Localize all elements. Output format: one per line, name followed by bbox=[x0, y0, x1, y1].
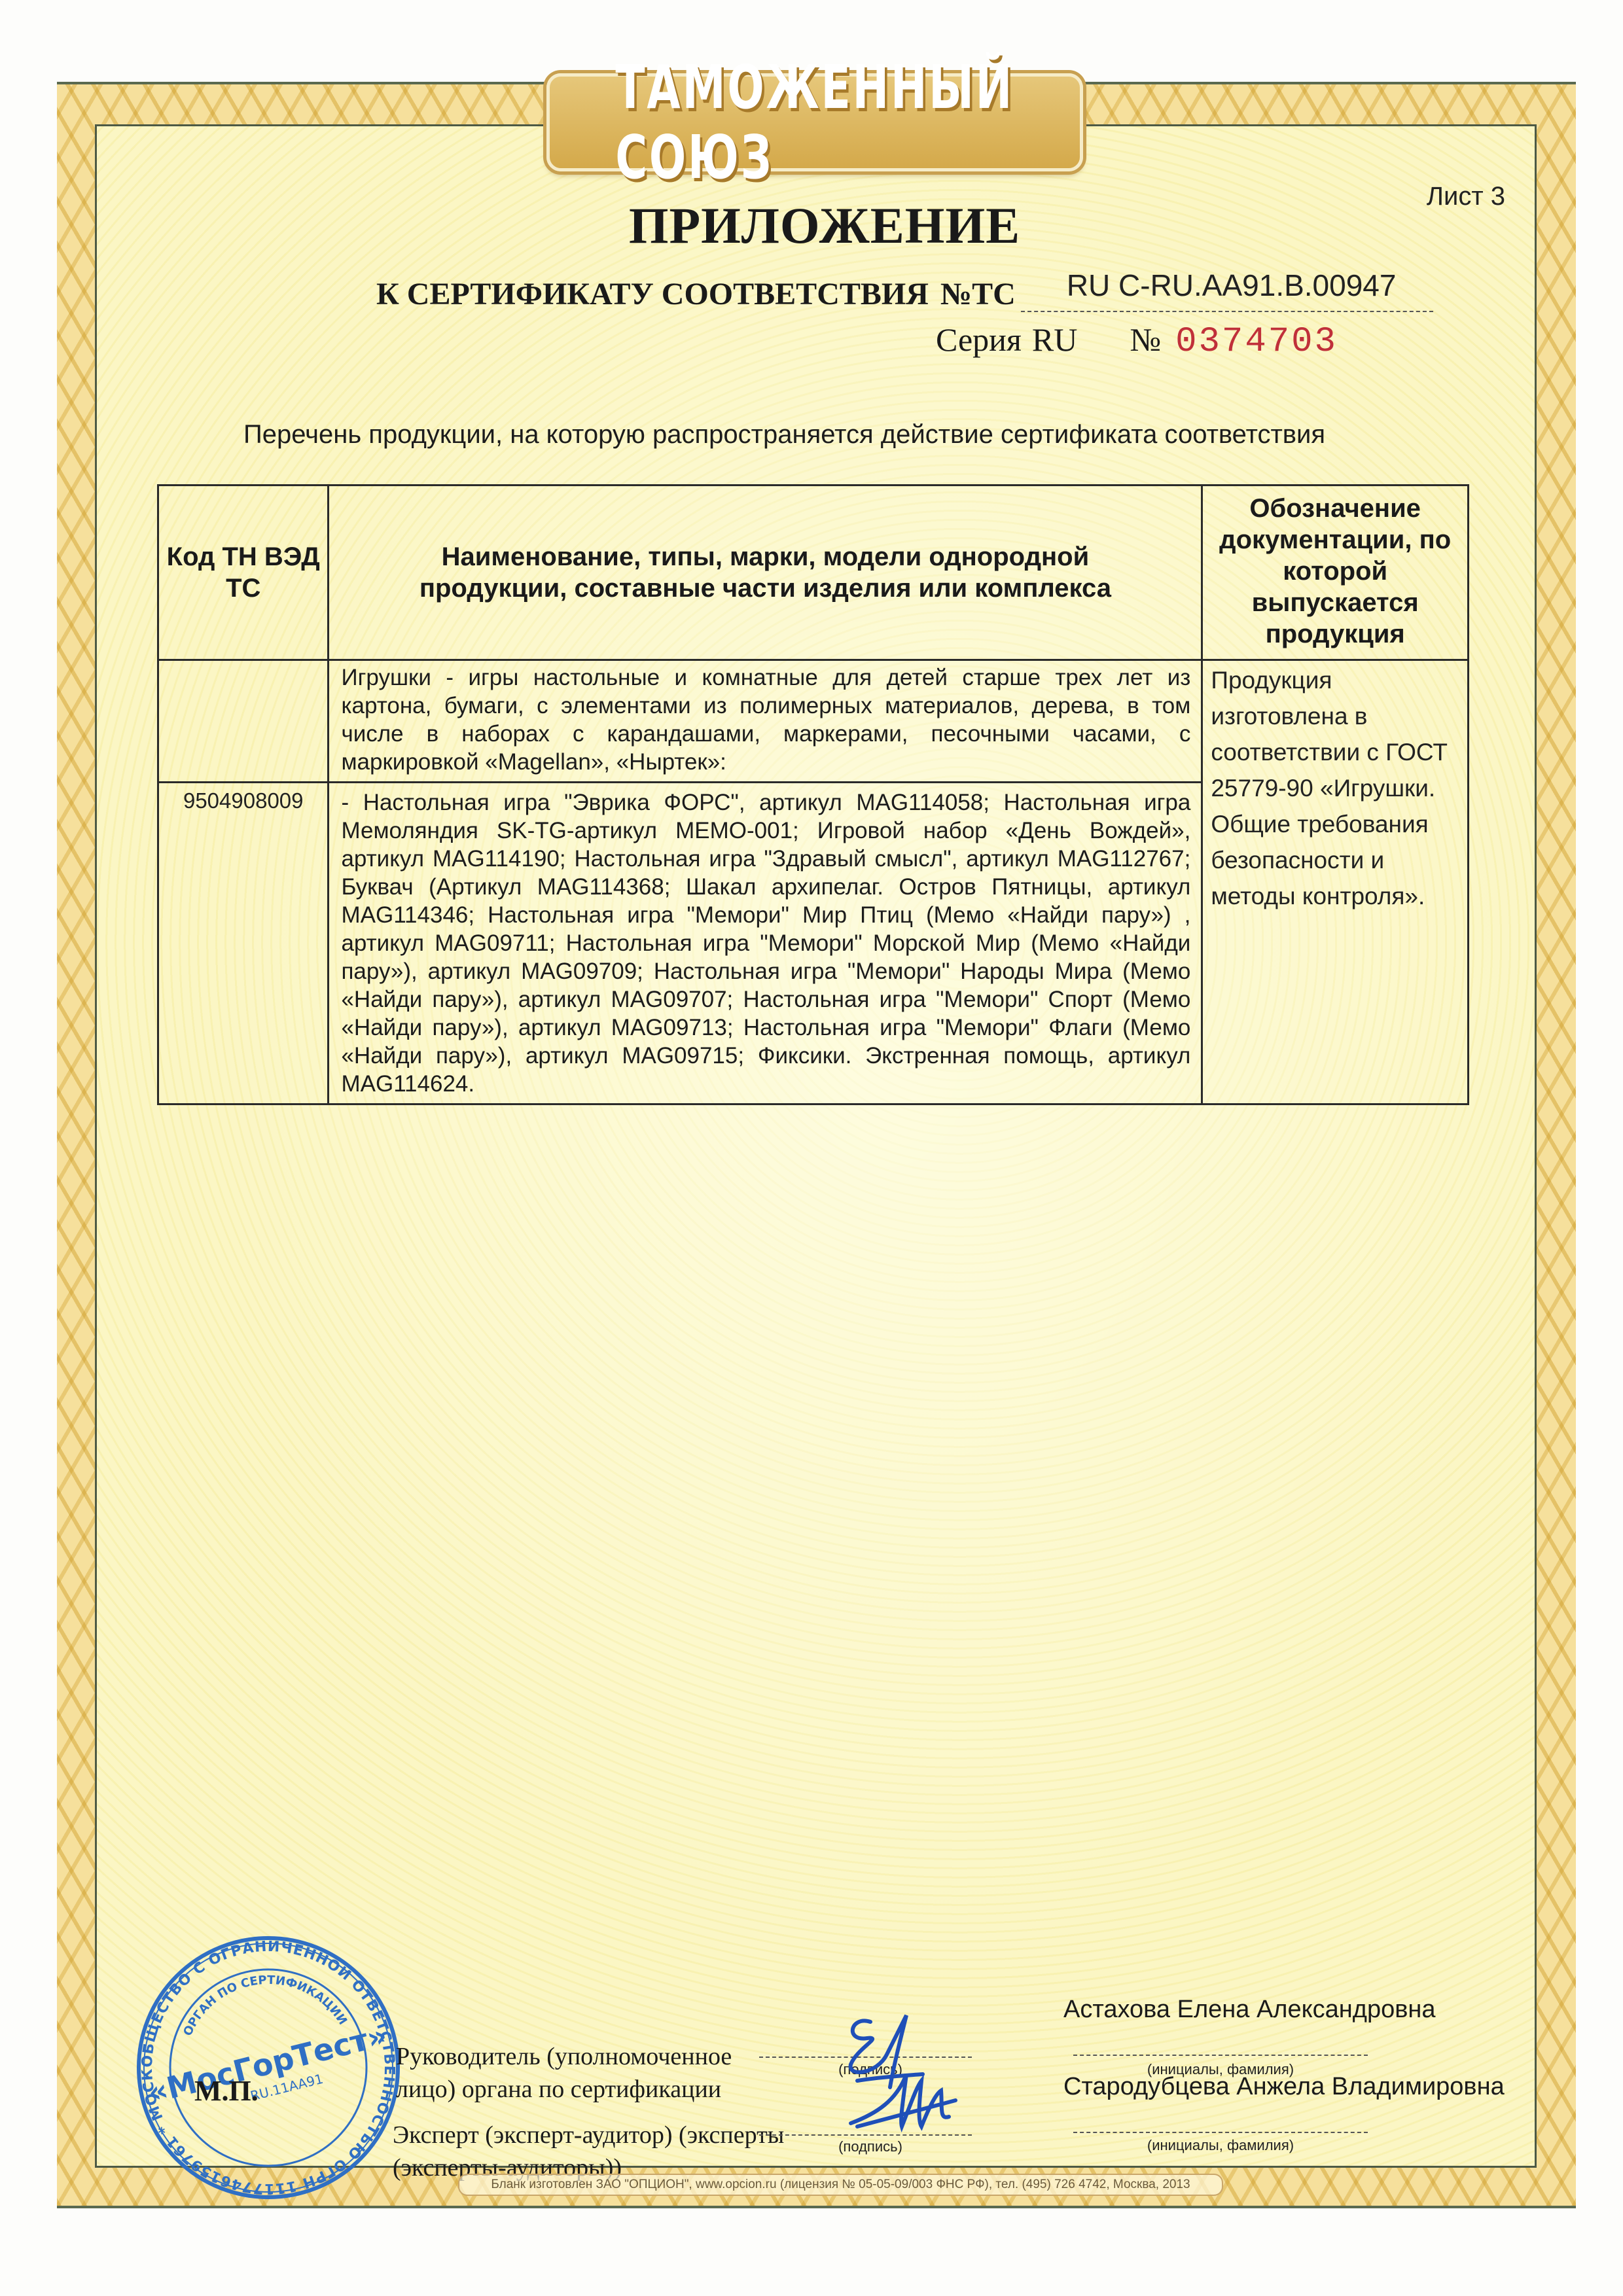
svg-text:ОРГАН ПО СЕРТИФИКАЦИИ: ОРГАН ПО СЕРТИФИКАЦИИ bbox=[181, 1973, 349, 2038]
stamp-inner-text: ОРГАН ПО СЕРТИФИКАЦИИ bbox=[181, 1973, 349, 2038]
expert-name-caption: (инициалы, фамилия) bbox=[1106, 2137, 1335, 2154]
certificate-reference: К СЕРТИФИКАТУ СООТВЕТСТВИЯ №ТС RU C-RU.A… bbox=[376, 276, 1433, 312]
banner-text: ТАМОЖЕННЫЙ СОЮЗ bbox=[616, 52, 1014, 192]
product-list-heading: Перечень продукции, на которую распростр… bbox=[243, 420, 1325, 450]
head-role-label: Руководитель (уполномоченное лицо) орган… bbox=[396, 2040, 762, 2106]
row-product-name: - Настольная игра "Эврика ФОРС", артикул… bbox=[329, 783, 1202, 1104]
stamp-place-label: М.П. bbox=[194, 2074, 259, 2108]
table-row: Игрушки - игры настольные и комнатные дл… bbox=[158, 660, 1469, 783]
row-documentation: Продукция изготовлена в соответствии с Г… bbox=[1202, 660, 1469, 1104]
series-line: Серия RU № 0374703 bbox=[936, 321, 1338, 362]
head-name-line bbox=[1073, 2055, 1368, 2056]
expert-name: Стародубцева Анжела Владимировна bbox=[1063, 2073, 1505, 2101]
column-header-documentation: Обозначение документации, по которой вып… bbox=[1202, 486, 1469, 660]
expert-signature bbox=[844, 2061, 969, 2140]
certificate-number-field: RU C-RU.AA91.B.00947 bbox=[1021, 285, 1433, 312]
row-code bbox=[158, 660, 329, 783]
blank-number-label: № bbox=[1130, 321, 1161, 359]
document-title: ПРИЛОЖЕНИЕ bbox=[0, 196, 1623, 255]
column-header-code: Код ТН ВЭД ТС bbox=[158, 486, 329, 660]
column-header-name: Наименование, типы, марки, модели одноро… bbox=[329, 486, 1202, 660]
series-value: RU bbox=[1032, 321, 1077, 359]
form-printer-footer: Бланк изготовлен ЗАО "ОПЦИОН", www.opcio… bbox=[458, 2174, 1223, 2196]
certification-body-stamp: ОБЩЕСТВО С ОГРАНИЧЕННОЙ ОТВЕТСТВЕННОСТЬЮ… bbox=[134, 1934, 402, 2202]
expert-signature-caption: (подпись) bbox=[825, 2138, 916, 2155]
certificate-number: RU C-RU.AA91.B.00947 bbox=[1067, 268, 1397, 303]
customs-union-banner: ТАМОЖЕННЫЙ СОЮЗ bbox=[546, 73, 1083, 171]
row-code: 9504908009 bbox=[158, 783, 329, 1104]
row-product-name: Игрушки - игры настольные и комнатные дл… bbox=[329, 660, 1202, 783]
expert-name-line bbox=[1073, 2132, 1368, 2133]
series-label: Серия bbox=[936, 321, 1022, 359]
product-table: Код ТН ВЭД ТС Наименование, типы, марки,… bbox=[157, 484, 1469, 1105]
certificate-prefix: К СЕРТИФИКАТУ СООТВЕТСТВИЯ bbox=[376, 276, 929, 312]
table-header-row: Код ТН ВЭД ТС Наименование, типы, марки,… bbox=[158, 486, 1469, 660]
blank-number: 0374703 bbox=[1175, 322, 1338, 362]
certificate-no-label: №ТС bbox=[940, 276, 1016, 312]
head-name: Астахова Елена Александровна bbox=[1063, 1996, 1436, 2024]
